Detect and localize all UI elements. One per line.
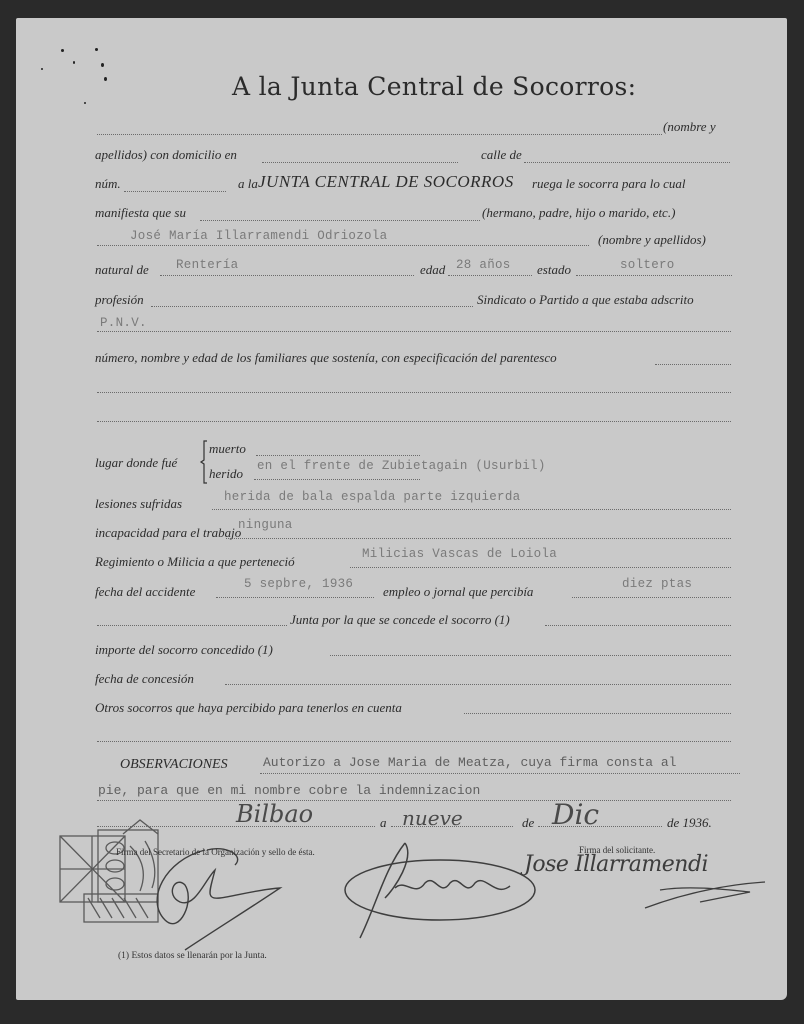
name-field-line[interactable] — [97, 134, 662, 135]
junta-right-field-line[interactable] — [545, 625, 731, 626]
junta-left-field-line[interactable] — [97, 625, 287, 626]
label-estado: estado — [537, 262, 571, 278]
empleo-field-line[interactable] — [572, 597, 731, 598]
label-junta-concede: Junta por la que se concede el socorro (… — [290, 612, 510, 628]
value-date-place[interactable]: Bilbao — [236, 800, 313, 828]
calle-field-line[interactable] — [524, 162, 730, 163]
value-signature-solicitante[interactable]: Jose Illarramendi — [524, 852, 708, 877]
label-fecha-accidente: fecha del accidente — [95, 584, 195, 600]
ink-speck — [84, 102, 86, 104]
label-lesiones: lesiones sufridas — [95, 496, 182, 512]
regimiento-field-line[interactable] — [350, 567, 731, 568]
label-domicilio: apellidos) con domicilio en — [95, 147, 237, 163]
secretary-signature-icon[interactable] — [145, 840, 305, 960]
value-partido[interactable]: P.N.V. — [100, 316, 147, 330]
label-incapacidad: incapacidad para el trabajo — [95, 525, 241, 541]
value-edad[interactable]: 28 años — [456, 258, 511, 272]
label-date-a: a — [380, 815, 387, 831]
observaciones-field-line[interactable] — [260, 773, 740, 774]
label-parentesco-hint: (hermano, padre, hijo o marido, etc.) — [482, 205, 675, 221]
value-lesiones[interactable]: herida de bala espalda parte izquierda — [224, 490, 520, 504]
signature-flourish-icon — [640, 880, 770, 910]
value-observaciones-2[interactable]: pie, para que en mi nombre cobre la inde… — [98, 783, 480, 798]
otros-socorros-field-line[interactable] — [464, 713, 731, 714]
value-estado[interactable]: soltero — [620, 258, 675, 272]
profesion-field-line[interactable] — [151, 306, 473, 307]
incapacidad-field-line[interactable] — [226, 538, 731, 539]
value-nombre[interactable]: José María Illarramendi Odriozola — [130, 229, 387, 243]
value-natural[interactable]: Rentería — [176, 258, 238, 272]
label-nombre-apellidos: (nombre y apellidos) — [598, 232, 706, 248]
label-empleo: empleo o jornal que percibía — [383, 584, 533, 600]
lesiones-field-line[interactable] — [212, 509, 731, 510]
label-muerto: muerto — [209, 441, 246, 457]
estado-field-line[interactable] — [576, 275, 732, 276]
label-ruega: ruega le socorra para lo cual — [532, 176, 685, 192]
footnote: (1) Estos datos se llenarán por la Junta… — [118, 951, 267, 961]
value-observaciones-1[interactable]: Autorizo a Jose Maria de Meatza, cuya fi… — [263, 755, 676, 770]
nombre-field-line[interactable] — [97, 245, 589, 246]
page-title: A la Junta Central de Socorros: — [232, 72, 636, 101]
ink-speck — [104, 77, 107, 81]
familiares-field-line[interactable] — [655, 364, 731, 365]
parentesco-field-line[interactable] — [200, 220, 480, 221]
domicilio-field-line[interactable] — [262, 162, 458, 163]
value-herido[interactable]: en el frente de Zubietagain (Usurbil) — [257, 459, 546, 473]
label-familiares: número, nombre y edad de los familiares … — [95, 350, 557, 366]
label-edad: edad — [420, 262, 445, 278]
fecha-concesion-field-line[interactable] — [225, 684, 731, 685]
label-lugar: lugar donde fué — [95, 455, 177, 471]
ink-speck — [61, 49, 64, 52]
label-herido: herido — [209, 466, 243, 482]
label-a-la: a la — [238, 176, 258, 192]
value-empleo[interactable]: diez ptas — [622, 577, 692, 591]
label-otros-socorros: Otros socorros que haya percibido para t… — [95, 700, 402, 716]
otros-socorros-field-line-2[interactable] — [97, 741, 731, 742]
familiares-field-line-2[interactable] — [97, 392, 731, 393]
ink-speck — [41, 68, 43, 70]
value-incapacidad[interactable]: ninguna — [238, 518, 293, 532]
label-date-de: de — [522, 815, 534, 831]
label-fecha-concesion: fecha de concesión — [95, 671, 194, 687]
fecha-accidente-field-line[interactable] — [216, 597, 374, 598]
value-date-day[interactable]: nueve — [402, 806, 463, 830]
brace-icon — [201, 440, 209, 484]
label-junta-central: JUNTA CENTRAL DE SOCORROS — [258, 172, 514, 192]
value-date-month[interactable]: Dic — [552, 798, 599, 831]
observaciones-field-line-2[interactable] — [97, 800, 731, 801]
value-regimiento[interactable]: Milicias Vascas de Loiola — [362, 547, 557, 561]
edad-field-line[interactable] — [448, 275, 532, 276]
herido-field-line[interactable] — [254, 479, 420, 480]
ink-speck — [73, 61, 75, 64]
ink-speck — [95, 48, 98, 51]
label-manifiesta: manifiesta que su — [95, 205, 186, 221]
label-importe: importe del socorro concedido (1) — [95, 642, 273, 658]
muerto-field-line[interactable] — [256, 455, 420, 456]
label-profesion: profesión — [95, 292, 144, 308]
witness-signature-icon[interactable] — [345, 838, 545, 958]
label-regimiento: Regimiento o Milicia a que perteneció — [95, 554, 295, 570]
value-fecha-accidente[interactable]: 5 sepbre, 1936 — [244, 577, 353, 591]
label-nombre-y: (nombre y — [663, 119, 716, 135]
num-field-line[interactable] — [124, 191, 226, 192]
partido-field-line[interactable] — [97, 331, 731, 332]
label-observaciones: OBSERVACIONES — [120, 757, 228, 773]
ink-speck — [101, 63, 104, 67]
label-num: núm. — [95, 176, 121, 192]
label-date-year: de 1936. — [667, 815, 712, 831]
label-calle: calle de — [481, 147, 522, 163]
familiares-field-line-3[interactable] — [97, 421, 731, 422]
label-natural: natural de — [95, 262, 149, 278]
label-sindicato: Sindicato o Partido a que estaba adscrit… — [477, 292, 694, 308]
natural-field-line[interactable] — [160, 275, 414, 276]
importe-field-line[interactable] — [330, 655, 731, 656]
